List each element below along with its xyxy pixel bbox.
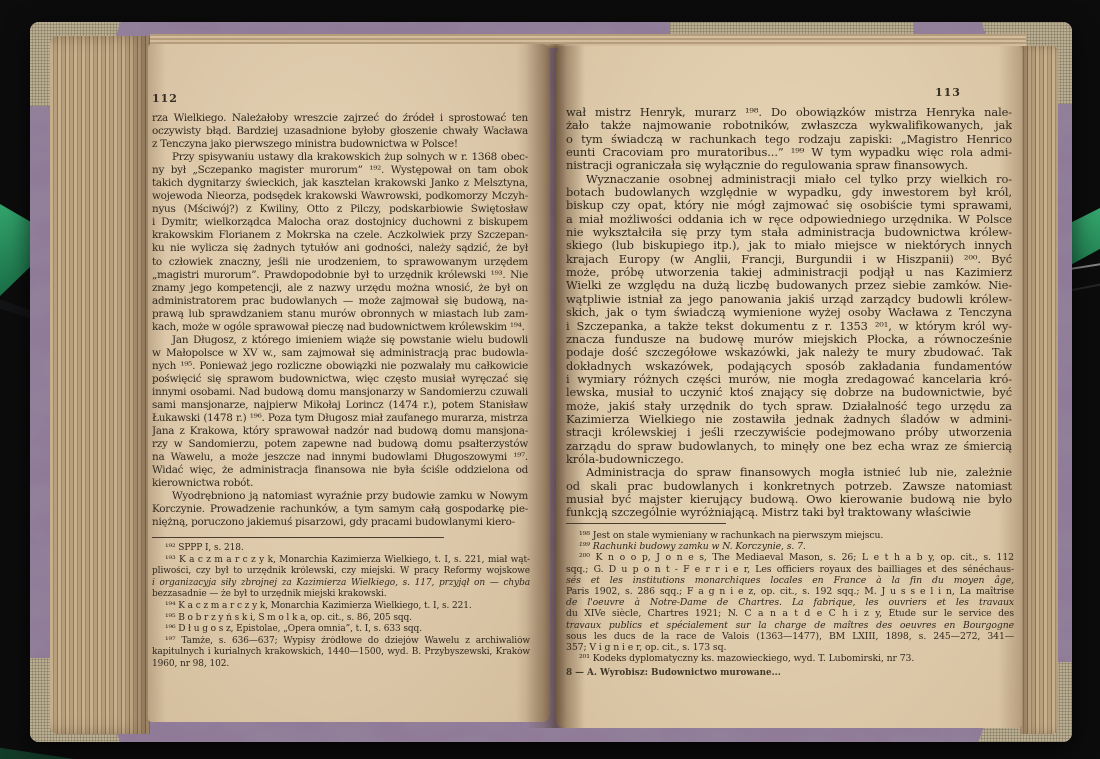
text-line: ny był „Sczepanko magister murorum” ¹⁹².…	[152, 164, 528, 177]
left-page-body-text: rza Wielkiego. Należałoby wreszcie zajrz…	[152, 112, 528, 530]
text-line: rzy w Sandomierzu, potem zapewne nad bud…	[152, 438, 528, 451]
footnote-line: ²⁰⁰ K n o o p, J o n e s, The Mediaeval …	[566, 552, 1014, 563]
footnote-line: 1960, nr 98, 102.	[152, 659, 530, 671]
footnote-line: du XIVe siècle, Chartres 1921; N. C a n …	[566, 608, 1014, 619]
left-page-footnotes: ¹⁹² SPPP I, s. 218.¹⁹³ K a c z m a r c z…	[152, 543, 530, 671]
text-line: Widać więc, że administracja finansowa n…	[152, 464, 528, 477]
footnote-line: sqq.; G. D u p o n t - F e r r i e r, Le…	[566, 564, 1014, 575]
text-line: Administracja do spraw finansowych mogła…	[566, 466, 1012, 479]
footnote-line: ¹⁹⁶ D ł u g o s z, Epistolae, „Opera omn…	[152, 624, 530, 636]
text-line: musiał być majster kierujący budową. Owo…	[566, 493, 1012, 506]
text-line: Łukawski (1478 r.) ¹⁹⁶. Poza tym Długosz…	[152, 412, 528, 425]
text-line: nyus (Mściwój?) z Kwiliny, Otto z Pilczy…	[152, 203, 528, 216]
footnote-line: ¹⁹⁵ B o b r z y ń s k i, S m o l k a, op…	[152, 613, 530, 625]
text-line: Jana z Krakowa, który sprawował nadzór n…	[152, 425, 528, 438]
text-line: Korczynie. Prowadzenie rachunków, a tym …	[152, 503, 528, 516]
text-line: biskup czy opat, który nie mógł zajmować…	[566, 199, 1012, 212]
text-line: z Tenczyna jako pierwszego ministra budo…	[152, 138, 528, 151]
text-line: poświęcić się sprawom budownictwa, więc …	[152, 373, 528, 386]
text-line: kach, może w ogóle sprawował pieczę nad …	[152, 321, 528, 334]
text-line: kierownictwa robót.	[152, 477, 528, 490]
footnote-line: 357; V i g n i e r, op. cit., s. 173 sq.	[566, 642, 1014, 653]
footnote-rule-left	[152, 537, 444, 538]
text-line: takich dygnitarzy świeckich, jak kasztel…	[152, 177, 528, 190]
text-line: i wymiary różnych części murów, nie mogł…	[566, 373, 1012, 386]
text-line: eunti Cracoviam pro muratoribus...” ¹⁹⁹ …	[566, 146, 1012, 159]
text-line: wał mistrz Henryk, murarz ¹⁹⁸. Do obowią…	[566, 106, 1012, 119]
right-page-footnotes: ¹⁹⁸ Jest on stale wymieniany w rachunkac…	[566, 530, 1014, 664]
footnote-line: sés et les institutions monarchiques loc…	[566, 575, 1014, 586]
text-line: znamy jego kompetencji, ale z nazwy urzę…	[152, 282, 528, 295]
text-line: i Dymitr, wielkorządca Malocha oraz dost…	[152, 216, 528, 229]
footnote-line: travaux publics et spécialement sur la c…	[566, 620, 1014, 631]
text-line: może, jakiś stały urzędnik do tych spraw…	[566, 400, 1012, 413]
text-line: sami mansjonarze, najpierw Mikołaj Lorin…	[152, 399, 528, 412]
page-edges-left	[50, 36, 150, 734]
text-line: krakowskim Florianem z Mokrska na czele.…	[152, 229, 528, 242]
text-line: innymi osobami. Nad budową domu mansjona…	[152, 386, 528, 399]
footnote-line: ¹⁹⁸ Jest on stale wymieniany w rachunkac…	[566, 530, 1014, 541]
text-line: wątpliwie istniał za jego panowania jaki…	[566, 293, 1012, 306]
footnote-line: sous les ducs de la race de Valois (1363…	[566, 631, 1014, 642]
text-line: funkcją szczególnie wyróżniającą. Mistrz…	[566, 506, 1012, 519]
footnote-line: ¹⁹³ K a c z m a r c z y k, Monarchia Kaz…	[152, 555, 530, 567]
page-number-left: 112	[152, 92, 178, 105]
footnote-line: ¹⁹⁴ K a c z m a r c z y k, Monarchia Kaz…	[152, 601, 530, 613]
text-line: niężną, poruczono jakiemuś pisarzowi, gd…	[152, 516, 528, 529]
text-line: wojewoda Nieorza, podsędek krakowski Waw…	[152, 190, 528, 203]
text-line: skiego (lub biskupiego itp.), jak to mia…	[566, 239, 1012, 252]
text-line: dokładnych wskazówek, podających sposób …	[566, 360, 1012, 373]
text-line: o tym świadczą w rachunkach tego rodzaju…	[566, 133, 1012, 146]
footnote-line: Paris 1902, s. 286 sqq.; F a g n i e z, …	[566, 586, 1014, 597]
text-line: lewska, musiał to uczynić ktoś znający s…	[566, 386, 1012, 399]
text-line: oczywisty błąd. Bardziej uzasadnione był…	[152, 125, 528, 138]
text-line: od skali prac budowlanych i konkretnych …	[566, 480, 1012, 493]
text-line: krajach Europy (w Anglii, Francji, Burgu…	[566, 253, 1012, 266]
text-line: „magistri murorum”. Prawdopodobnie był t…	[152, 269, 528, 282]
right-page-body-text: wał mistrz Henryk, murarz ¹⁹⁸. Do obowią…	[566, 106, 1012, 520]
text-line: botach budowlanych względnie w wypadku, …	[566, 186, 1012, 199]
footnote-line: ¹⁹⁷ Tamże, s. 636—637; Wypisy źródłowe d…	[152, 636, 530, 648]
text-line: Jan Długosz, z którego imieniem wiąże si…	[152, 334, 528, 347]
text-line: ku nie wylicza się żadnych tytułów ani g…	[152, 242, 528, 255]
text-line: na Wawelu, a może jeszcze nad innymi bud…	[152, 451, 528, 464]
text-line: Wyodrębniono ją natomiast wyraźnie przy …	[152, 490, 528, 503]
text-line: w Małopolsce w XV w., sam zajmował się a…	[152, 347, 528, 360]
footnote-line: kapitulnych i kurialnych krakowskich, 14…	[152, 647, 530, 659]
text-line: nistracji ograniczała się wyłącznie do r…	[566, 159, 1012, 172]
text-line: znacza fundusze na budowę murów miejskic…	[566, 333, 1012, 346]
text-line: i Szczepanka, a także tekst dokumentu z …	[566, 320, 1012, 333]
text-line: zarządu do spraw budowlanych, to minęły …	[566, 440, 1012, 453]
text-line: Przy spisywaniu ustawy dla krakowskich ż…	[152, 151, 528, 164]
signature-mark: 8 — A. Wyrobisz: Budownictwo murowane...	[566, 668, 781, 678]
text-line: Kazimierza Wielkiego nie zostawiła jedna…	[566, 413, 1012, 426]
footnote-line: pliwości, czy był to urzędnik królewski,…	[152, 566, 530, 578]
text-line: a miał możliwości oddania ich w ręce odp…	[566, 213, 1012, 226]
footnote-line: i organizacyja siły zbrojnej za Kazimier…	[152, 578, 530, 590]
footnote-line: bezzasadnie — że był to urzędnik miejski…	[152, 589, 530, 601]
text-line: prawą lub sprawdzaniem stanu murów obron…	[152, 308, 528, 321]
page-edges-right	[1020, 46, 1058, 734]
book-scan-photo: 112 113 rza Wielkiego. Należałoby wreszc…	[0, 0, 1100, 759]
footnote-rule-right	[566, 523, 726, 524]
footnote-line: de l'oeuvre à Notre-Dame de Chartres. La…	[566, 597, 1014, 608]
text-line: stracji królewskiej i jeśli rzeczywiście…	[566, 426, 1012, 439]
text-line: to człowiek znaczny, jeśli nie urodzenie…	[152, 256, 528, 269]
page-number-right: 113	[935, 86, 961, 99]
green-wedge-bottom-left	[0, 744, 74, 759]
text-line: podaje dość szczegółowe wskazówki, jak n…	[566, 346, 1012, 359]
text-line: rza Wielkiego. Należałoby wreszcie zajrz…	[152, 112, 528, 125]
text-line: nie wykształciła się przy tym stała admi…	[566, 226, 1012, 239]
footnote-line: ¹⁹² SPPP I, s. 218.	[152, 543, 530, 555]
text-line: Wielki ze względu na dużą liczbę budowan…	[566, 279, 1012, 292]
text-line: może, próbę utworzenia takiej administra…	[566, 266, 1012, 279]
text-line: administratorem prac budowlanych — może …	[152, 295, 528, 308]
text-line: króla-budowniczego.	[566, 453, 1012, 466]
text-line: Wyznaczanie osobnej administracji miało …	[566, 173, 1012, 186]
footnote-line: ²⁰¹ Kodeks dyplomatyczny ks. mazowieckie…	[566, 653, 1014, 664]
text-line: żało także najmowanie robotników, zwłasz…	[566, 119, 1012, 132]
footnote-line: ¹⁹⁹ Rachunki budowy zamku w N. Korczynie…	[566, 541, 1014, 552]
text-line: nych ¹⁹⁵. Ponieważ jego rozliczne obowią…	[152, 360, 528, 373]
text-line: skich, jak o tym świadczą wymienione wyż…	[566, 306, 1012, 319]
